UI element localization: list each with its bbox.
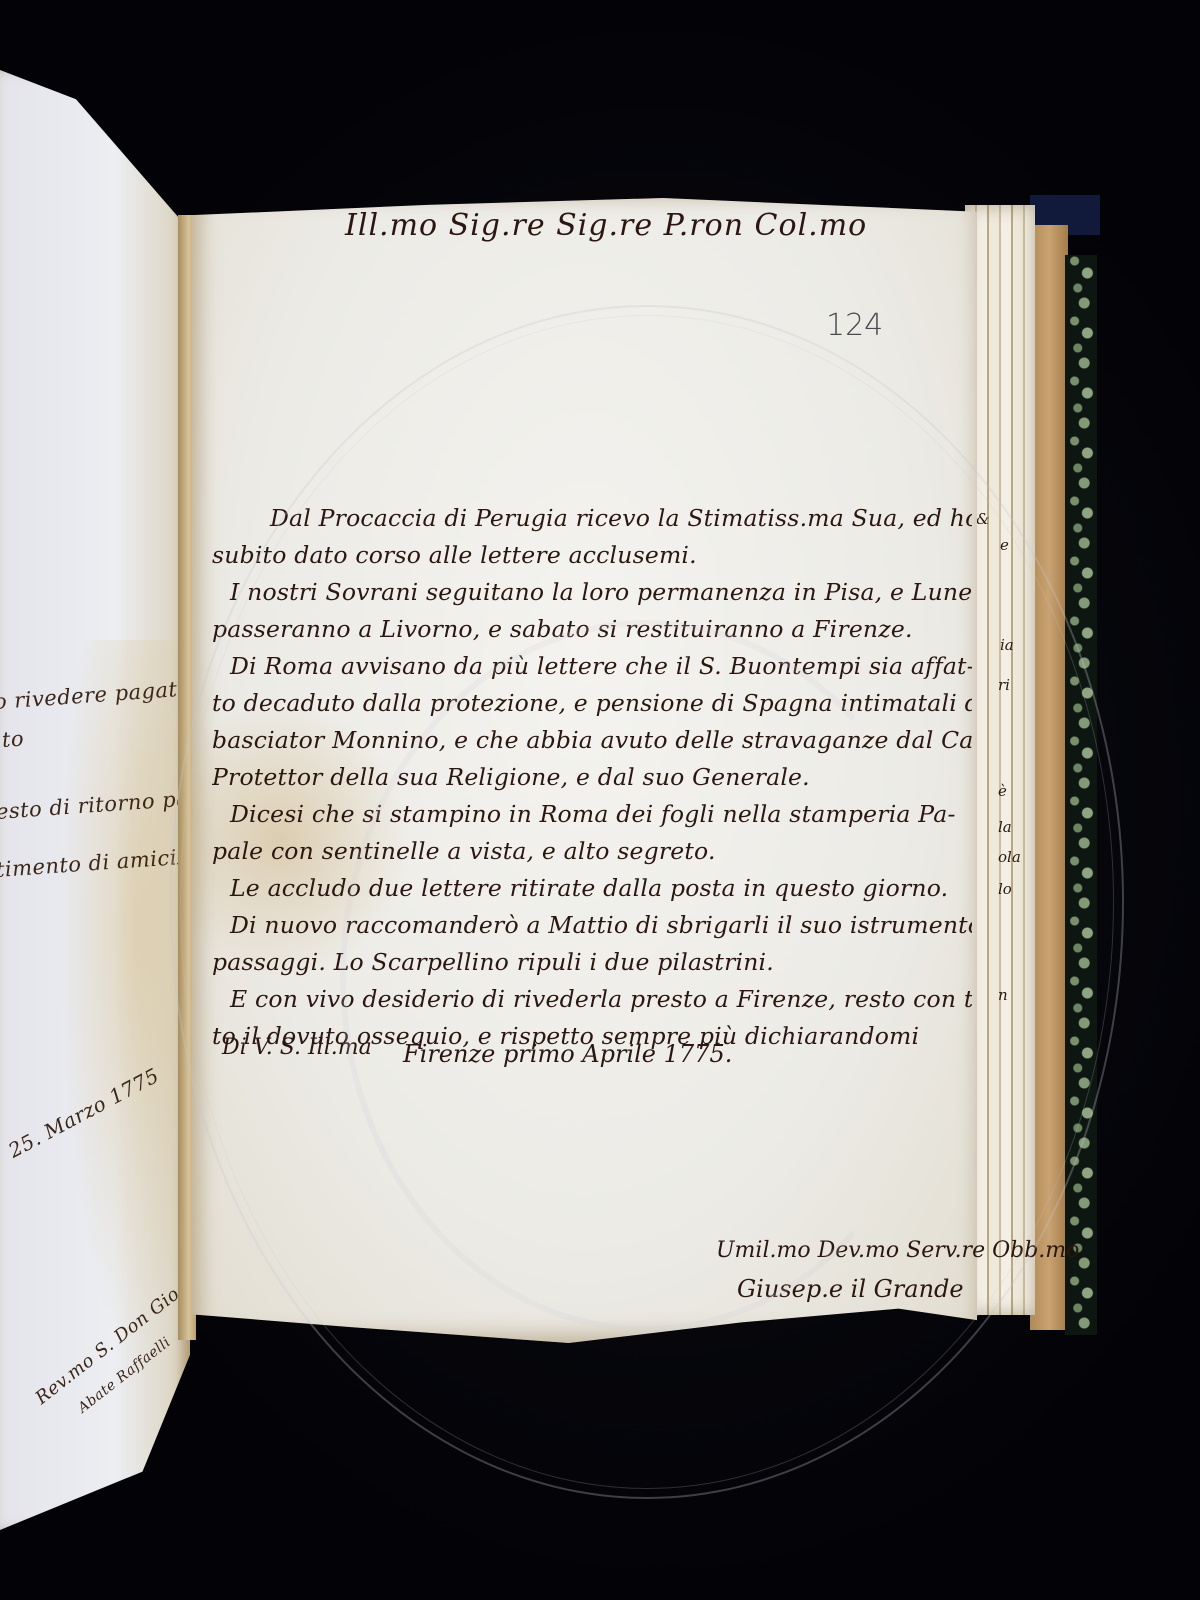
page-edge-fragment: lo <box>998 880 1012 898</box>
body-line: subito dato corso alle lettere acclusemi… <box>212 537 972 574</box>
page-edge-fragment: ri <box>998 676 1010 694</box>
body-line: I nostri Sovrani seguitano la loro perma… <box>212 574 972 611</box>
closing-address: Di V. S. Ill.ma <box>222 1035 372 1060</box>
letter-body: Dal Procaccia di Perugia ricevo la Stima… <box>212 500 972 1055</box>
page-edge-fragment: n <box>998 986 1008 1004</box>
body-line: pale con sentinelle a vista, e alto segr… <box>212 833 972 870</box>
folio-number: 124 <box>826 308 883 343</box>
body-line: to decaduto dalla protezione, e pensione… <box>212 685 972 722</box>
place-and-date: Firenze primo Aprile 1775. <box>403 1040 732 1068</box>
page-edge-fragment: e <box>1000 536 1009 554</box>
signature-name: Giusep.e il Grande <box>737 1275 964 1303</box>
body-line: Protettor della sua Religione, e dal suo… <box>212 759 972 796</box>
body-line: passeranno a Livorno, e sabato si restit… <box>212 611 972 648</box>
body-line: passaggi. Lo Scarpellino ripuli i due pi… <box>212 944 972 981</box>
marbled-cover <box>1065 255 1097 1335</box>
body-line: Di Roma avvisano da più lettere che il S… <box>212 648 972 685</box>
foxing-stain-left <box>60 640 190 1360</box>
body-line: Dal Procaccia di Perugia ricevo la Stima… <box>212 500 972 537</box>
book-cover-board <box>1030 225 1068 1330</box>
body-line: basciator Monnino, e che abbia avuto del… <box>212 722 972 759</box>
page-edge-fragment: ia <box>1000 636 1014 654</box>
left-page-fragment: to <box>1 726 25 751</box>
salutation: Ill.mo Sig.re Sig.re P.ron Col.mo <box>345 208 867 243</box>
body-line: Dicesi che si stampino in Roma dei fogli… <box>212 796 972 833</box>
body-line: E con vivo desiderio di rivederla presto… <box>212 981 972 1018</box>
page-edge-fragment: ola <box>998 848 1021 866</box>
page-edge-fragment: è <box>998 782 1007 800</box>
page-edge-fragment: & <box>976 510 989 528</box>
signature-formula: Umil.mo Dev.mo Serv.re Obb.mo <box>716 1238 1079 1263</box>
body-line: Le accludo due lettere ritirate dalla po… <box>212 870 972 907</box>
page-edge-fragment: la <box>998 818 1012 836</box>
body-line: Di nuovo raccomanderò a Mattio di sbriga… <box>212 907 972 944</box>
